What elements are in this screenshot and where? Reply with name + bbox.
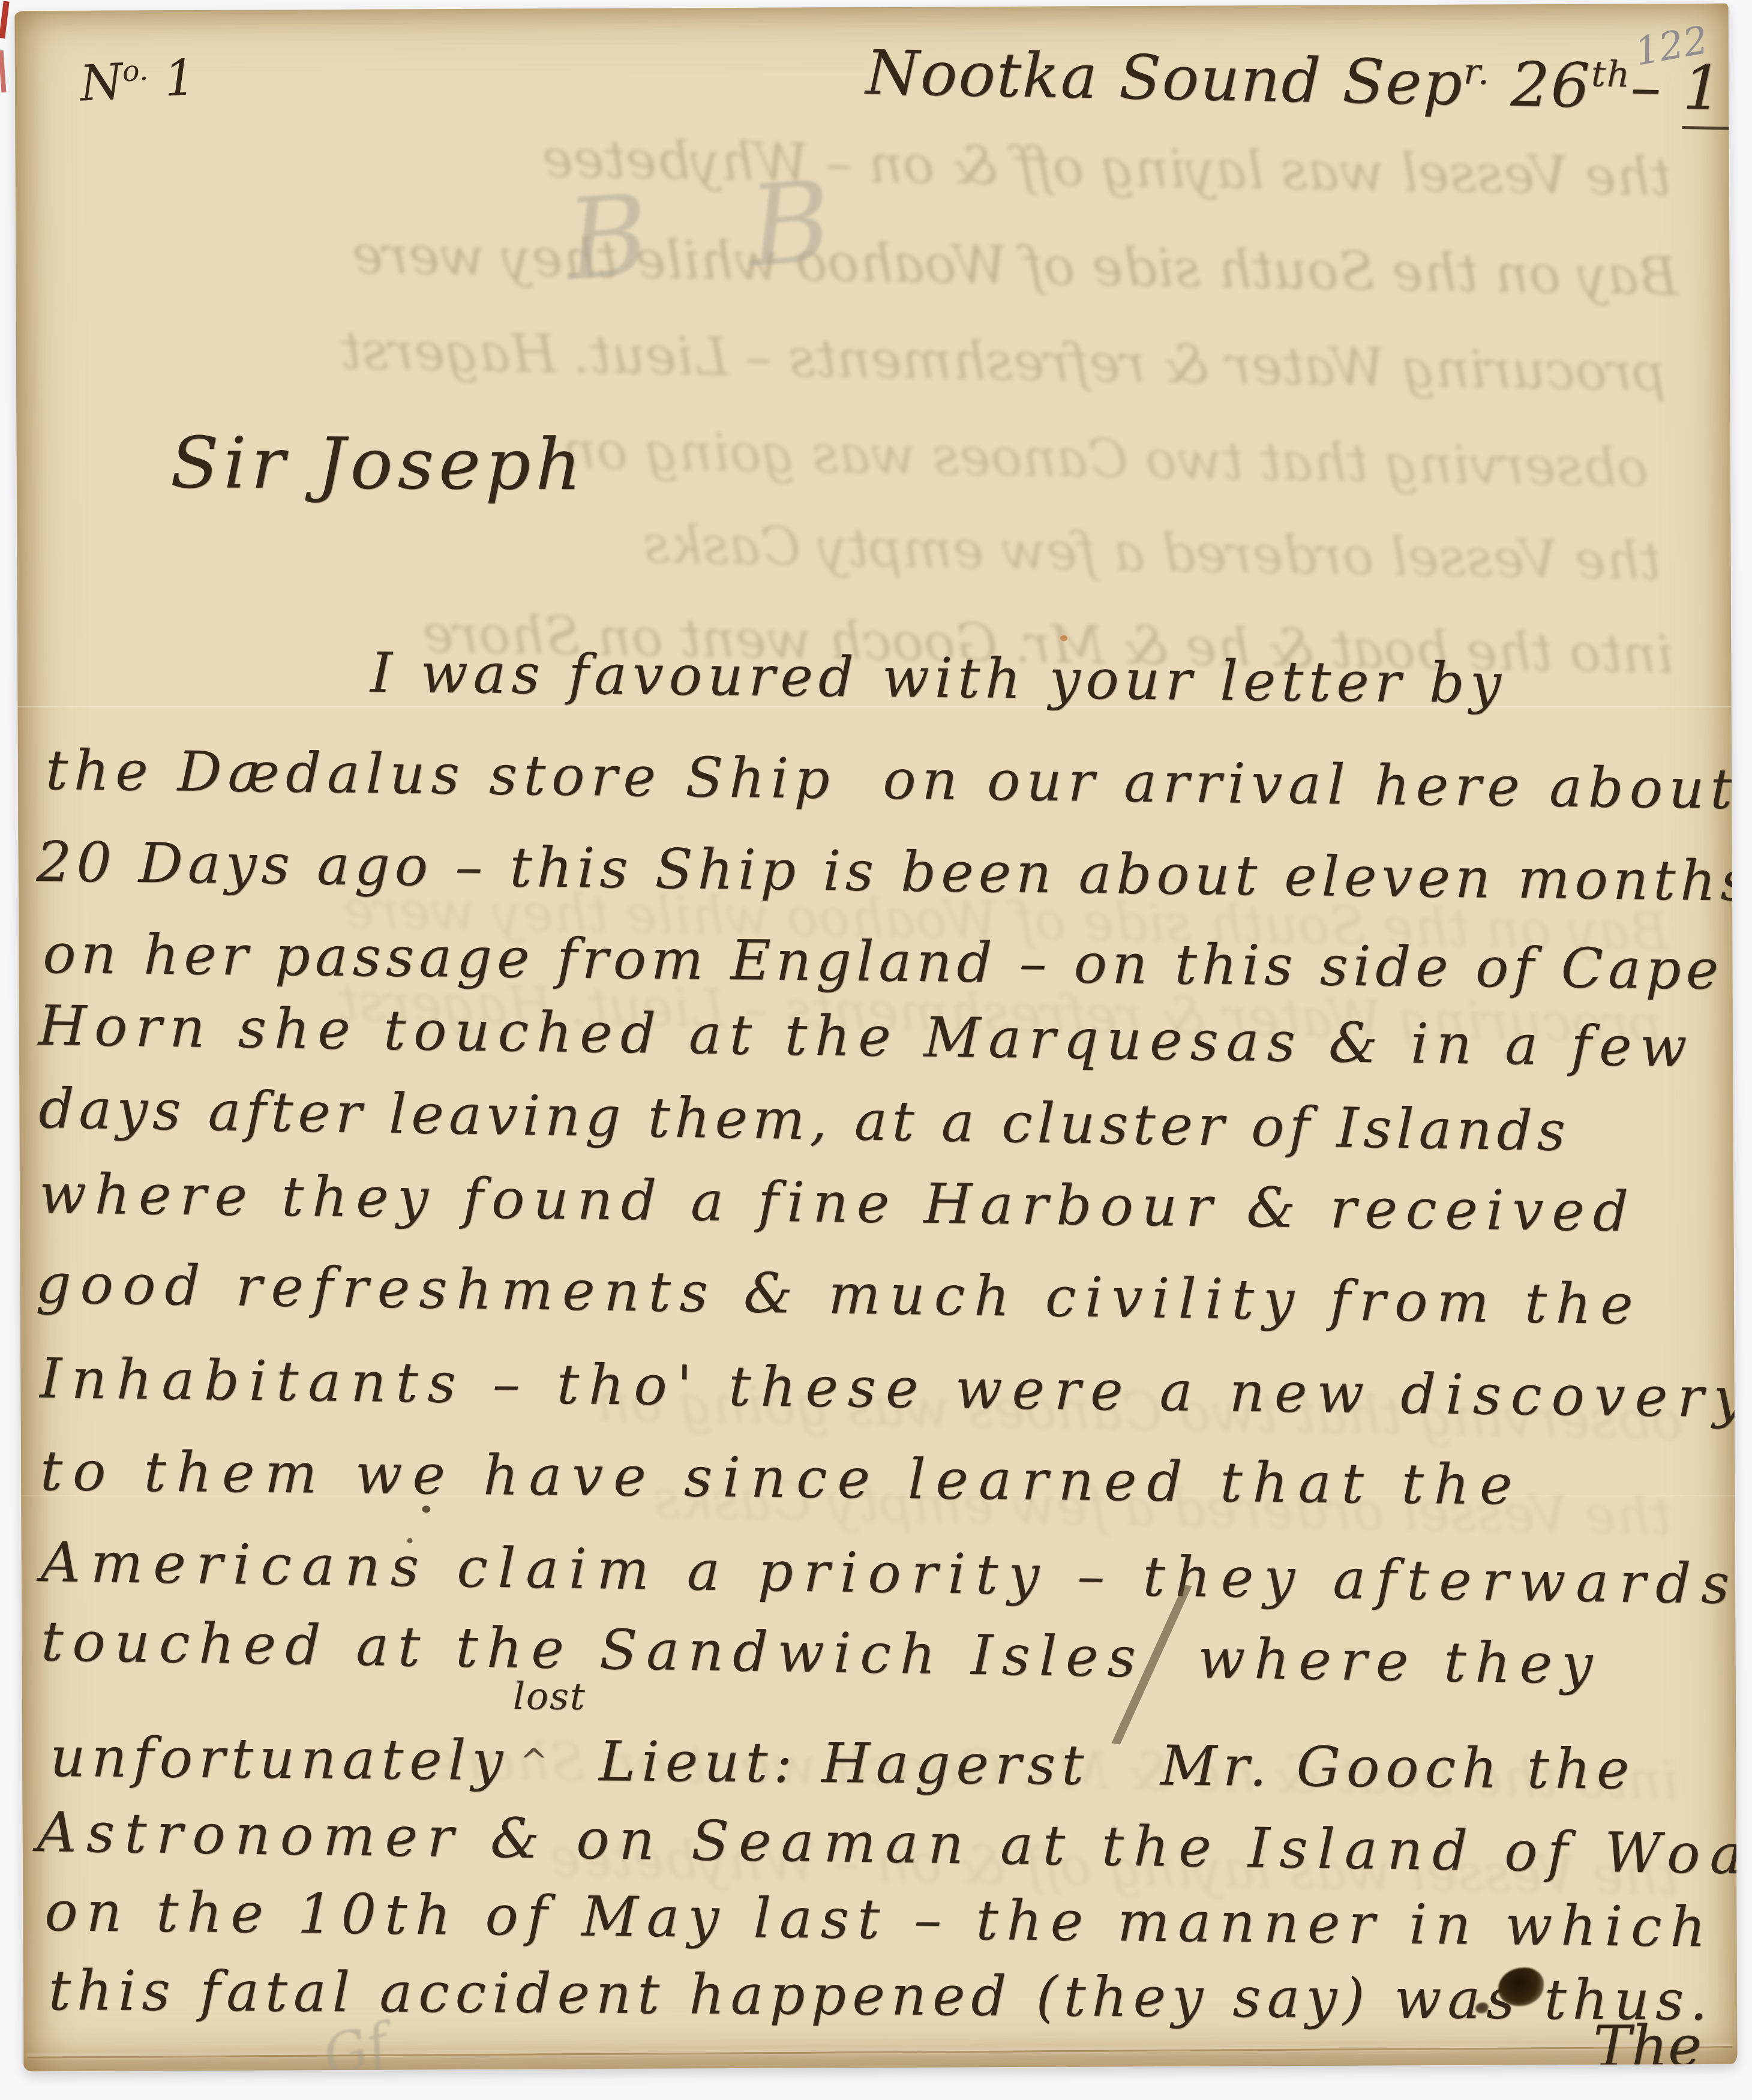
letter-line: I was favoured with your letter by	[370, 646, 1507, 712]
verso-showthrough-line: the Vessel was laying off & on – Whybete…	[99, 125, 1672, 203]
letter-line: good refreshments & much civility from t…	[35, 1256, 1642, 1333]
dateline: Nootka Sound Sepr. 26th– 1792	[865, 37, 1738, 127]
letter-line: on her passage from England – on this si…	[43, 926, 1724, 998]
scanned-letter-page: { "colors": { "background": "#f7f6f8", "…	[0, 0, 1752, 2100]
insertion-wrap: lost^	[509, 1724, 599, 1780]
letter-line: days after leaving them, at a cluster of…	[38, 1081, 1571, 1159]
dateline-place: Nootka Sound	[865, 37, 1343, 118]
verso-showthrough-line: Bay on the South side of Woahoo while th…	[58, 224, 1678, 304]
letter-content: the Vessel was laying off & on – Whybete…	[15, 4, 1738, 2071]
pencil-initials: B B	[562, 154, 868, 305]
salutation: Sir Joseph	[170, 421, 586, 506]
dateline-month: Sep	[1342, 46, 1464, 120]
red-edge-mark	[0, 1, 10, 39]
rust-fleck	[1060, 635, 1067, 641]
letter-line: to them we have since learned that the	[40, 1444, 1523, 1513]
dateline-day: 26	[1489, 49, 1591, 122]
dateline-year: 1792	[1682, 52, 1738, 132]
docno-superscript: o.	[121, 54, 149, 88]
inserted-word: lost	[513, 1678, 586, 1715]
dateline-day-sup: th	[1591, 53, 1631, 95]
letter-line: this fatal accident happened (they say) …	[49, 1963, 1714, 2029]
verso-showthrough-line: procuring Water & refreshments – Lieut. …	[70, 320, 1667, 399]
document-number: No. 1	[78, 49, 197, 113]
insertion-before: unfortunately	[50, 1725, 509, 1793]
dateline-month-sup: r.	[1463, 50, 1491, 92]
letter-line: on the 10th of May last – the manner in …	[44, 1884, 1714, 1955]
verso-showthrough-line: the Vessel ordered a few empty Casks	[89, 509, 1661, 587]
letter-line: Americans claim a priority – they afterw…	[40, 1535, 1737, 1612]
catchword: The	[1593, 2014, 1702, 2071]
letter-line: touched at the Sandwich Isles where they	[41, 1614, 1602, 1693]
dateline-dash: –	[1630, 51, 1684, 124]
docno-prefix: N	[78, 53, 124, 113]
letter-line-with-insertion: unfortunatelylost^Lieut: Hagerst Mr. Goo…	[50, 1721, 1636, 1798]
letter-line: the Dædalus store Ship on our arrival he…	[46, 743, 1738, 817]
red-edge-mark	[0, 50, 6, 92]
insertion-caret: ^	[520, 1745, 554, 1778]
ink-speck	[407, 1538, 413, 1543]
ink-speck	[422, 1505, 430, 1513]
docno-number: 1	[147, 49, 197, 109]
letter-line: where they found a fine Harbour & receiv…	[39, 1166, 1637, 1240]
